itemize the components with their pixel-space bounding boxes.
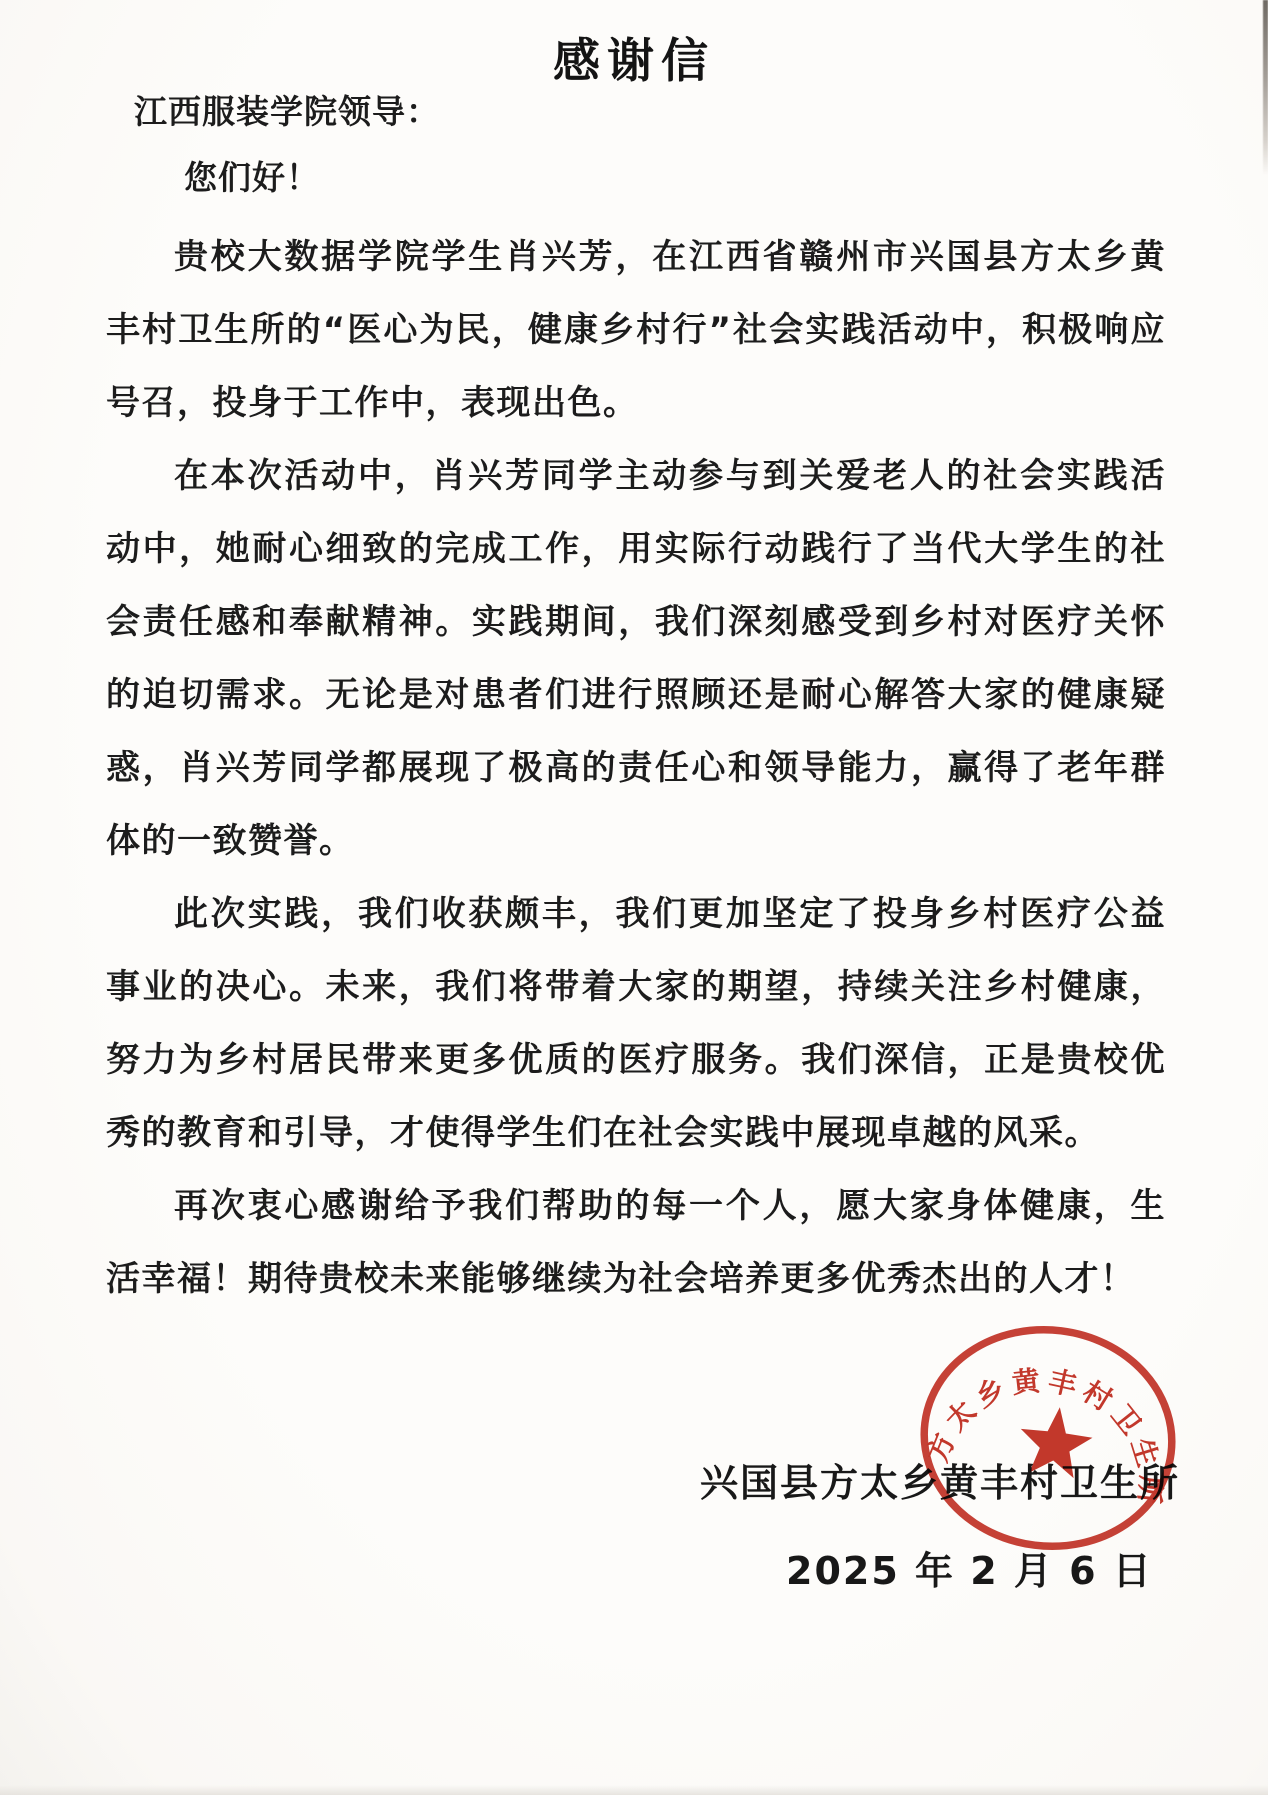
letter-paragraph: 再次衷心感谢给予我们帮助的每一个人，愿大家身体健康，生活幸福！期待贵校未来能够继… (106, 1170, 1166, 1316)
stamp-graphic: 方太乡黄丰村卫生所 (903, 1305, 1194, 1571)
thank-you-letter-page: 感谢信 江西服装学院领导： 您们好！ 贵校大数据学院学生肖兴芳，在江西省赣州市兴… (0, 0, 1268, 1795)
letter-paragraph: 贵校大数据学院学生肖兴芳，在江西省赣州市兴国县方太乡黄丰村卫生所的“医心为民，健… (106, 221, 1166, 440)
letter-paragraph: 在本次活动中，肖兴芳同学主动参与到关爱老人的社会实践活动中，她耐心细致的完成工作… (106, 440, 1166, 878)
scan-bottom-shadow (0, 1785, 1268, 1795)
letter-salutation: 江西服装学院领导： (134, 86, 440, 133)
letter-paragraph: 此次实践，我们收获颇丰，我们更加坚定了投身乡村医疗公益事业的决心。未来，我们将带… (106, 878, 1166, 1170)
letter-greeting: 您们好！ (184, 152, 320, 199)
letter-body: 贵校大数据学院学生肖兴芳，在江西省赣州市兴国县方太乡黄丰村卫生所的“医心为民，健… (106, 221, 1166, 1316)
red-star-icon (1016, 1403, 1096, 1480)
official-stamp: 方太乡黄丰村卫生所 (903, 1305, 1194, 1571)
letter-title: 感谢信 (0, 24, 1268, 91)
